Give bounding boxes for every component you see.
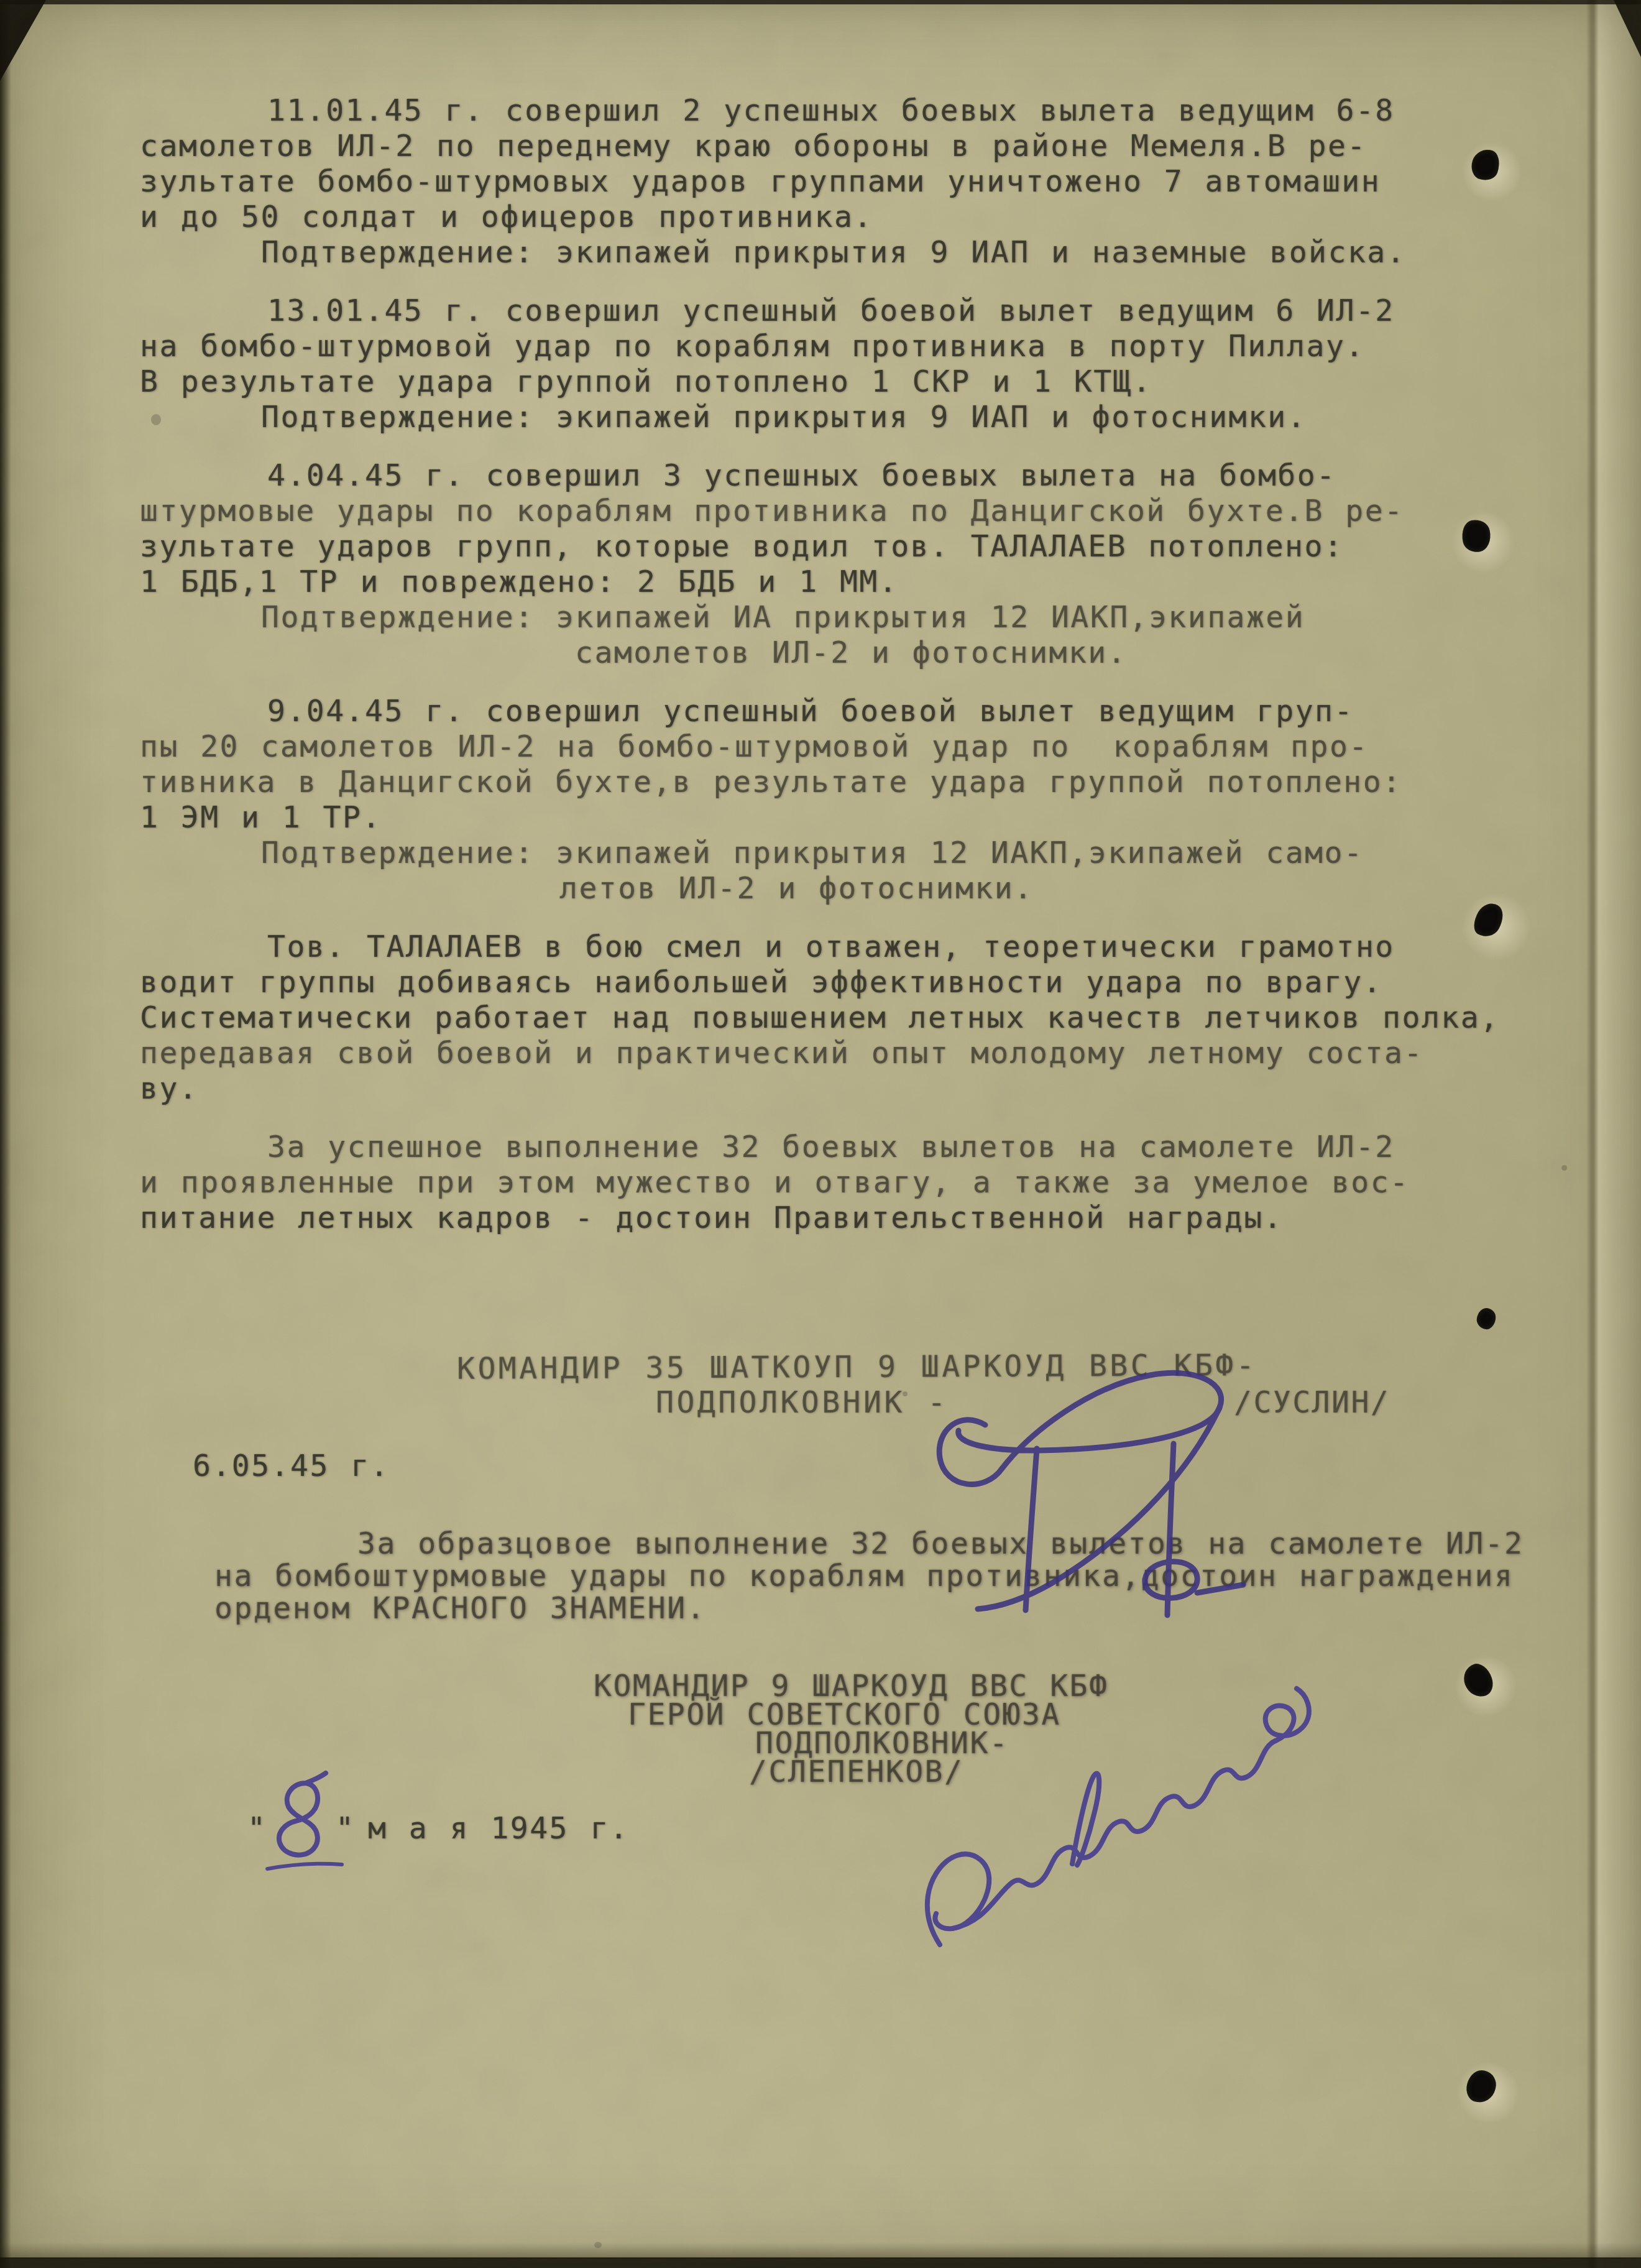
sortie-record-line: пы 20 самолетов ИЛ-2 на бомбо-штурмовой …	[140, 729, 1369, 765]
confirmation-line: летов ИЛ-2 и фотоснимки.	[559, 871, 1034, 906]
sortie-record-line: 11.01.45 г. совершил 2 успешных боевых в…	[267, 93, 1395, 129]
award-recommendation-line: питание летных кадров - достоин Правител…	[140, 1201, 1283, 1236]
regiment-commander-name: /СУСЛИН/	[1234, 1385, 1390, 1421]
regiment-endorsement-date: 6.05.45 г.	[193, 1449, 390, 1484]
sortie-record-line: 1 БДБ,1 ТР и повреждено: 2 БДБ и 1 ММ.	[140, 565, 898, 600]
evaluation-line: Тов. ТАЛАЛАЕВ в бою смел и отважен, теор…	[267, 929, 1395, 965]
scan-edge-bottom	[0, 2257, 1641, 2268]
paper-speck	[151, 414, 161, 425]
regiment-commander-rank: ПОДПОЛКОВНИК -	[656, 1385, 949, 1421]
date-open-quote: "	[247, 1811, 267, 1846]
sortie-record-line: самолетов ИЛ-2 по переднему краю обороны…	[140, 129, 1367, 164]
scan-edge-left	[0, 0, 11, 2268]
confirmation-line: Подтверждение: экипажей ИА прикрытия 12 …	[261, 600, 1305, 635]
evaluation-line: Систематически работает над повышением л…	[140, 1000, 1500, 1036]
confirmation-line: Подтверждение: экипажей прикрытия 12 ИАК…	[261, 836, 1363, 871]
sortie-record-line: и до 50 солдат и офицеров противника.	[140, 200, 873, 235]
division-conclusion-line: За образцовое выполнение 32 боевых вылет…	[357, 1526, 1524, 1562]
confirmation-line: Подтверждение: экипажей прикрытия 9 ИАП …	[261, 400, 1307, 435]
confirmation-line: Подтверждение: экипажей прикрытия 9 ИАП …	[261, 235, 1406, 270]
scan-edge-bottom-shadow	[0, 2243, 1641, 2259]
evaluation-line: водит группы добиваясь наибольшей эффект…	[140, 965, 1382, 1000]
date-close-quote: "	[336, 1811, 355, 1846]
sortie-record-line: на бомбо-штурмовой удар по кораблям прот…	[140, 329, 1365, 364]
scan-edge-top	[0, 0, 1641, 4]
scan-corner-top-right	[1614, 0, 1641, 57]
award-recommendation-line: За успешное выполнение 32 боевых вылетов…	[267, 1130, 1395, 1165]
regiment-commander-title-line: КОМАНДИР 35 ШАТКОУП 9 ШАРКОУД ВВС КБФ-	[457, 1348, 1257, 1387]
division-commander-name: /СЛЕПЕНКОВ/	[749, 1754, 963, 1790]
sortie-record-line: 1 ЭМ и 1 ТР.	[140, 800, 382, 836]
evaluation-line: передавая свой боевой и практический опы…	[140, 1036, 1423, 1071]
punch-hole	[1476, 1307, 1497, 1330]
division-conclusion-line: на бомбоштурмовые удары по кораблям прот…	[214, 1559, 1514, 1594]
scan-corner-top-left	[0, 0, 46, 81]
sortie-record-line: зультате ударов групп, которые водил тов…	[140, 529, 1343, 565]
division-endorsement-date: м а я 1945 г.	[368, 1811, 629, 1846]
award-recommendation-line: и проявленные при этом мужество и отвагу…	[140, 1165, 1410, 1201]
sortie-record-line: 9.04.45 г. совершил успешный боевой выле…	[267, 694, 1354, 729]
evaluation-line: ву.	[140, 1071, 198, 1107]
sortie-record-line: 13.01.45 г. совершил успешный боевой выл…	[267, 293, 1395, 329]
sortie-record-line: 4.04.45 г. совершил 3 успешных боевых вы…	[267, 458, 1336, 494]
sortie-record-line: зультате бомбо-штурмовых ударов группами…	[140, 164, 1381, 200]
paper-speck	[1561, 1165, 1567, 1171]
division-conclusion-line: орденом КРАСНОГО ЗНАМЕНИ.	[214, 1591, 706, 1626]
confirmation-line: самолетов ИЛ-2 и фотоснимки.	[575, 635, 1127, 671]
sortie-record-line: тивника в Данцигской бухте,в результате …	[140, 765, 1402, 800]
document-page: 11.01.45 г. совершил 2 успешных боевых в…	[0, 0, 1641, 2268]
sortie-record-line: штурмовые удары по кораблям противника п…	[140, 494, 1404, 529]
page-fold-line	[1586, 0, 1641, 2268]
sortie-record-line: В результате удара группой потоплено 1 С…	[140, 364, 1152, 400]
paper-speck	[903, 1391, 908, 1396]
